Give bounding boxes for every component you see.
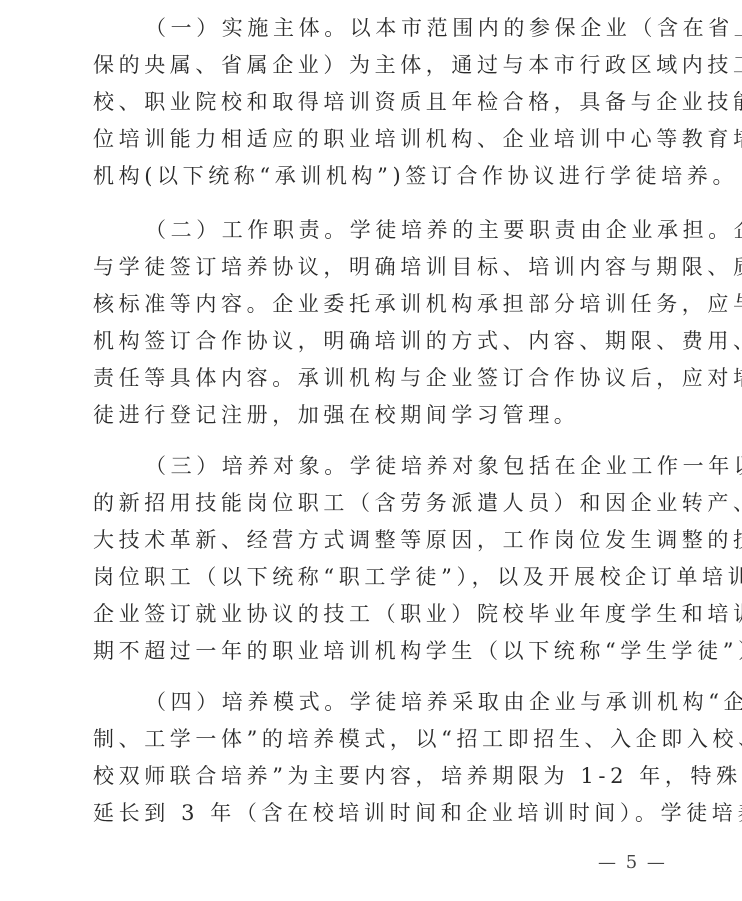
page-number: — 5 — (598, 852, 667, 873)
paragraph-1-line-5: 机构(以下统称“承训机构”)签订合作协议进行学徒培养。 (93, 158, 673, 195)
paragraph-3-line-4: 岗位职工（以下统称“职工学徒”），以及开展校企订单培训，与 (93, 559, 673, 596)
paragraph-3-line-5: 企业签订就业协议的技工（职业）院校毕业年度学生和培训周 (93, 596, 673, 633)
paragraph-4-line-4: 延长到 3 年（含在校培训时间和企业培训时间）。学徒培养由企 (93, 795, 673, 832)
paragraph-3-line-3: 大技术革新、经营方式调整等原因，工作岗位发生调整的技能 (93, 522, 673, 559)
paragraph-2-line-2: 与学徒签订培养协议，明确培训目标、培训内容与期限、质量考 (93, 249, 673, 286)
paragraph-3-line-2: 的新招用技能岗位职工（含劳务派遣人员）和因企业转产、重 (93, 485, 673, 522)
paragraph-3-line-1: （三）培养对象。学徒培养对象包括在企业工作一年以内 (145, 448, 725, 485)
paragraph-1-line-1: （一）实施主体。以本市范围内的参保企业（含在省上参 (145, 10, 725, 47)
paragraph-2-line-6: 徒进行登记注册，加强在校期间学习管理。 (93, 397, 673, 434)
paragraph-2-line-3: 核标准等内容。企业委托承训机构承担部分培训任务，应与承训 (93, 286, 673, 323)
document-page: （一）实施主体。以本市范围内的参保企业（含在省上参 保的央属、省属企业）为主体，… (0, 0, 742, 901)
paragraph-2-line-5: 责任等具体内容。承训机构与企业签订合作协议后，应对培训学 (93, 360, 673, 397)
paragraph-4-line-2: 制、工学一体”的培养模式，以“招工即招生、入企即入校、企 (93, 721, 673, 758)
paragraph-4-line-1: （四）培养模式。学徒培养采取由企业与承训机构“企校双 (145, 684, 725, 721)
paragraph-3-line-6: 期不超过一年的职业培训机构学生（以下统称“学生学徒”）。 (93, 633, 673, 670)
paragraph-1-line-3: 校、职业院校和取得培训资质且年检合格，具备与企业技能岗 (93, 84, 673, 121)
paragraph-1-line-4: 位培训能力相适应的职业培训机构、企业培训中心等教育培训 (93, 121, 673, 158)
paragraph-1-line-2: 保的央属、省属企业）为主体，通过与本市行政区域内技工院 (93, 47, 673, 84)
paragraph-2-line-4: 机构签订合作协议，明确培训的方式、内容、期限、费用、双方 (93, 323, 673, 360)
paragraph-4-line-3: 校双师联合培养”为主要内容，培养期限为 1-2 年，特殊情况可 (93, 758, 673, 795)
paragraph-2-line-1: （二）工作职责。学徒培养的主要职责由企业承担。企业应 (145, 212, 725, 249)
